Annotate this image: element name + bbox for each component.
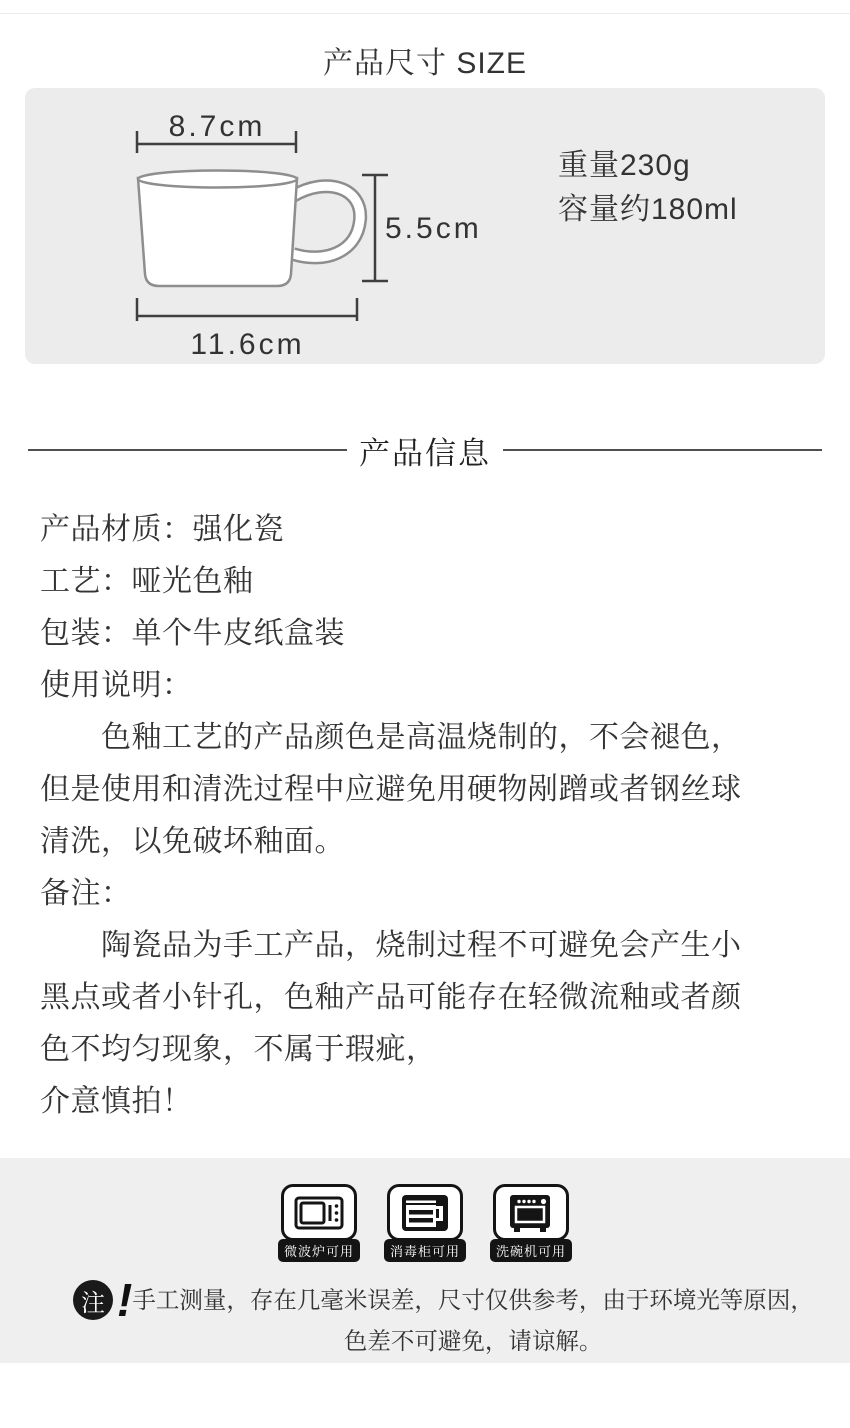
info-line: 清洗，以免破坏釉面。 — [40, 816, 820, 868]
size-section-title: 产品尺寸 SIZE — [0, 38, 850, 82]
info-body: 产品材质：强化瓷 工艺：哑光色釉 包装：单个牛皮纸盒装 使用说明： 色釉工艺的产… — [40, 504, 820, 1128]
info-line: 备注： — [40, 868, 820, 920]
care-badge-microwave: 微波炉可用 — [278, 1184, 360, 1262]
info-line: 色不均匀现象，不属于瑕疵， — [40, 1024, 820, 1076]
info-section-header: 产品信息 — [28, 433, 822, 467]
info-line: 色釉工艺的产品颜色是高温烧制的，不会褪色， — [40, 712, 820, 764]
note-text: 手工测量，存在几毫米误差，尺寸仅供参考，由于环境光等原因， 色差不可避免，请谅解… — [132, 1280, 814, 1362]
header-rule-right — [503, 449, 822, 451]
info-line: 黑点或者小针孔，色釉产品可能存在轻微流釉或者颜 — [40, 972, 820, 1024]
care-icons-row: 微波炉可用 消毒柜可用 — [0, 1158, 850, 1262]
info-line: 使用说明： — [40, 660, 820, 712]
top-divider — [0, 13, 850, 14]
exclamation-icon: ! — [117, 1280, 132, 1320]
header-rule-left — [28, 449, 347, 451]
care-and-note-section: 微波炉可用 消毒柜可用 — [0, 1158, 850, 1363]
dishwasher-icon — [493, 1184, 569, 1241]
info-line: 但是使用和清洗过程中应避免用硬物剐蹭或者钢丝球 — [40, 764, 820, 816]
info-line: 陶瓷品为手工产品，烧制过程不可避免会产生小 — [40, 920, 820, 972]
mug-handle — [293, 186, 360, 257]
bottom-width-measure-line — [137, 298, 357, 321]
note-icon: 注 — [73, 1280, 113, 1320]
disinfection-cabinet-icon — [387, 1184, 463, 1241]
info-line: 包装：单个牛皮纸盒装 — [40, 608, 820, 660]
weight-text: 重量230g — [558, 140, 691, 184]
note-line-1: 手工测量，存在几毫米误差，尺寸仅供参考，由于环境光等原因， — [132, 1280, 814, 1321]
dishwasher-safe-label: 洗碗机可用 — [490, 1239, 572, 1262]
capacity-text: 容量约180ml — [558, 184, 738, 228]
info-line: 介意慎拍！ — [40, 1076, 820, 1128]
size-diagram-panel: 8.7cm 5.5cm 11.6cm 重量230g 容量约180ml — [25, 88, 825, 364]
dimension-top-width: 8.7cm — [137, 110, 297, 144]
dimension-height: 5.5cm — [385, 212, 545, 246]
info-line: 工艺：哑光色釉 — [40, 556, 820, 608]
info-section-title: 产品信息 — [359, 428, 491, 473]
microwave-safe-label: 微波炉可用 — [278, 1239, 360, 1262]
microwave-icon — [281, 1184, 357, 1241]
dimension-bottom-width: 11.6cm — [137, 328, 358, 362]
mug-rim — [138, 171, 297, 188]
mug-body — [138, 178, 297, 286]
info-line: 产品材质：强化瓷 — [40, 504, 820, 556]
note-line-2: 色差不可避免，请谅解。 — [132, 1321, 814, 1362]
product-detail-page: 产品尺寸 SIZE — [0, 0, 850, 1428]
care-badge-disinfection-cabinet: 消毒柜可用 — [384, 1184, 466, 1262]
disinfection-cabinet-safe-label: 消毒柜可用 — [384, 1239, 466, 1262]
care-badge-dishwasher: 洗碗机可用 — [490, 1184, 572, 1262]
measurement-note: 注 ! 手工测量，存在几毫米误差，尺寸仅供参考，由于环境光等原因， 色差不可避免… — [0, 1280, 850, 1362]
